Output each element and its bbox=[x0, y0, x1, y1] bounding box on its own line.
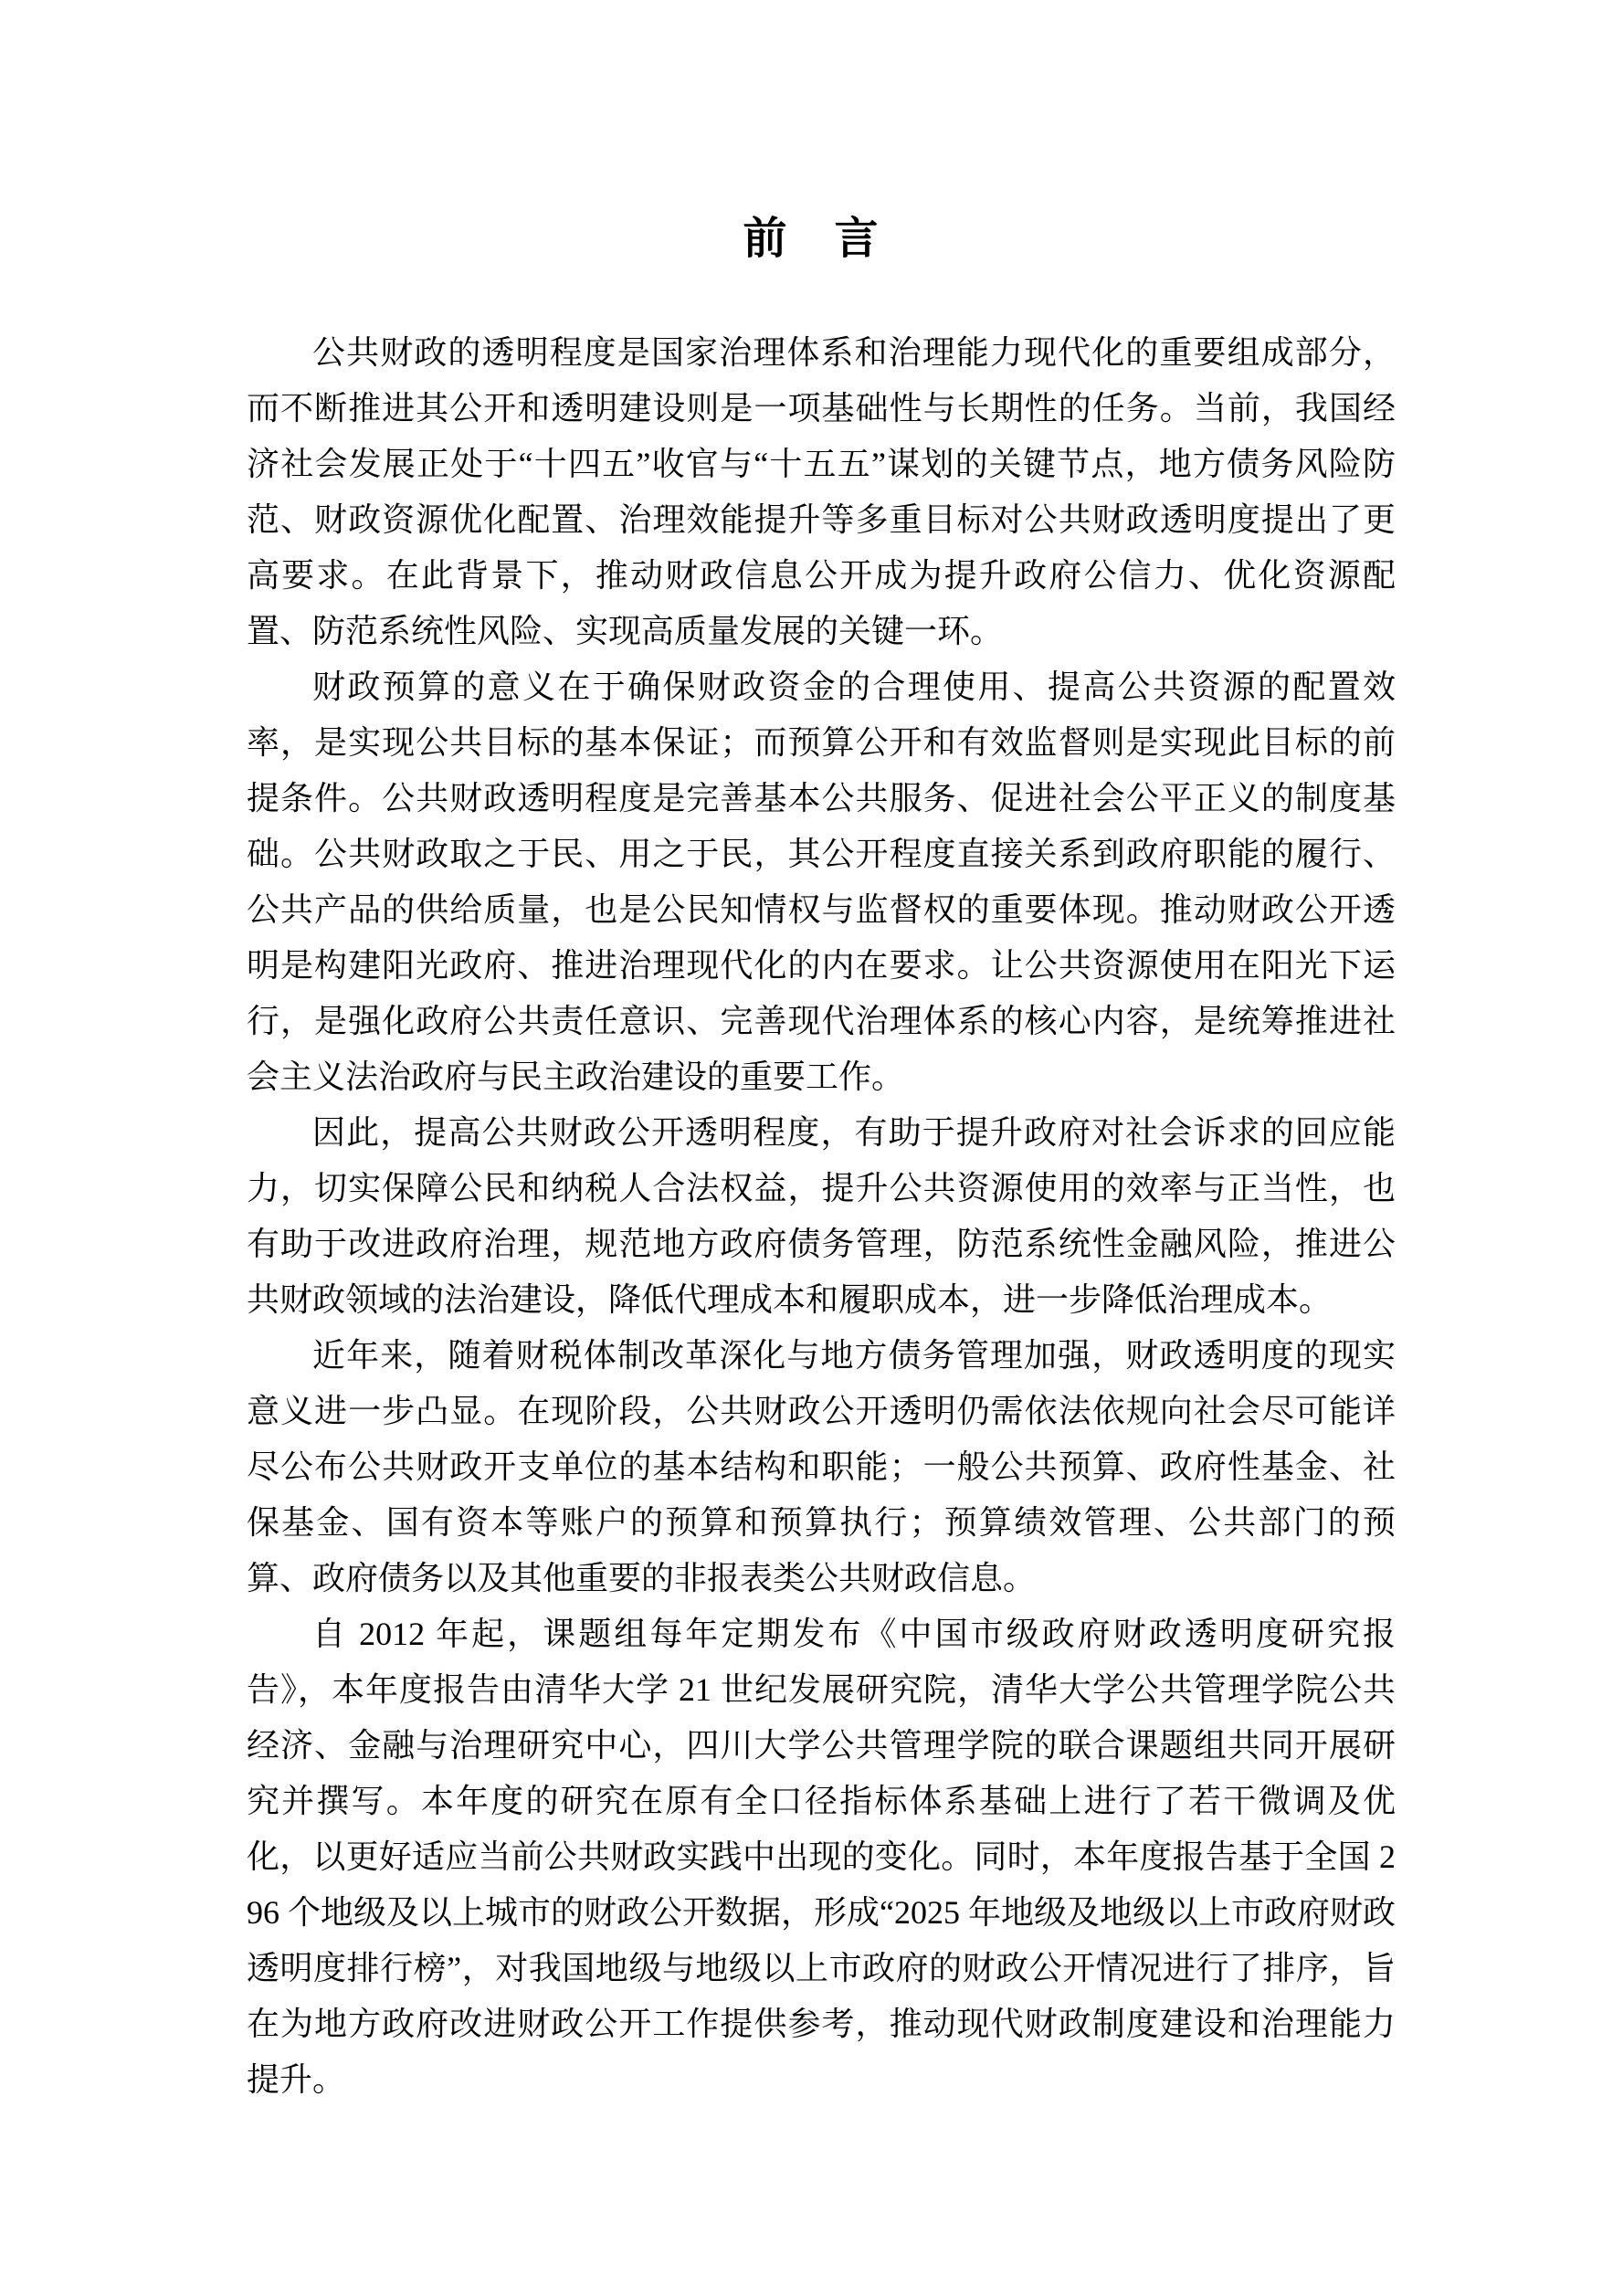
page-title: 前 言 bbox=[0, 0, 1623, 263]
paragraph-4: 近年来，随着财税体制改革深化与地方债务管理加强，财政透明度的现实意义进一步凸显。… bbox=[247, 1328, 1396, 1606]
paragraph-2: 财政预算的意义在于确保财政资金的合理使用、提高公共资源的配置效率，是实现公共目标… bbox=[247, 659, 1396, 1105]
paragraph-3: 因此，提高公共财政公开透明程度，有助于提升政府对社会诉求的回应能力，切实保障公民… bbox=[247, 1105, 1396, 1328]
document-page: 前 言 公共财政的透明程度是国家治理体系和治理能力现代化的重要组成部分，而不断推… bbox=[0, 0, 1623, 2296]
document-body: 公共财政的透明程度是国家治理体系和治理能力现代化的重要组成部分，而不断推进其公开… bbox=[247, 325, 1396, 2108]
paragraph-1: 公共财政的透明程度是国家治理体系和治理能力现代化的重要组成部分，而不断推进其公开… bbox=[247, 325, 1396, 659]
paragraph-5: 自 2012 年起，课题组每年定期发布《中国市级政府财政透明度研究报告》，本年度… bbox=[247, 1606, 1396, 2108]
